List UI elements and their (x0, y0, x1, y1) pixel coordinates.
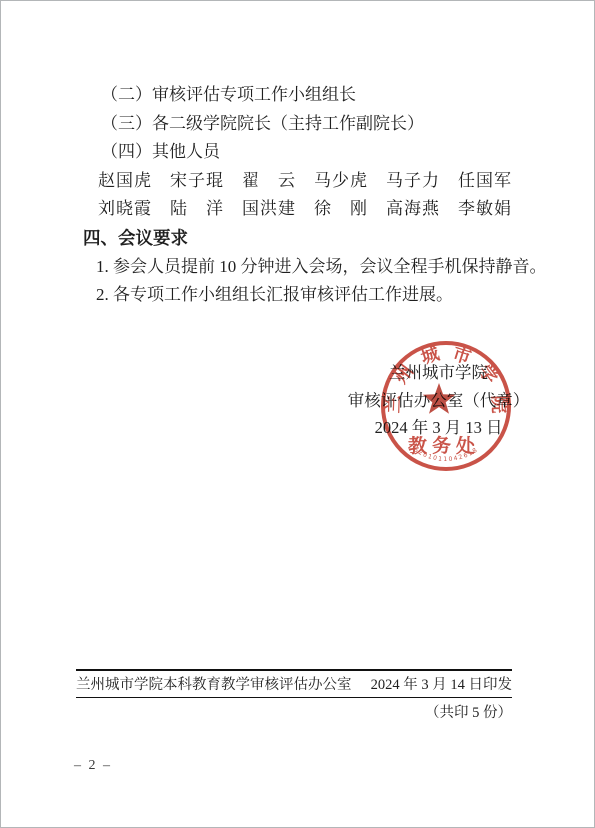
official-seal: 兰州城市学院 教务处 6201011042618 (378, 338, 514, 474)
list-item-3: （三）各二级学院院长（主持工作副院长） (76, 110, 539, 139)
seal-ring-text: 兰州城市学院 (382, 342, 511, 413)
requirement-item-2: 2. 各专项工作小组组长汇报审核评估工作进展。 (76, 281, 539, 310)
colophon-bottom-rule (76, 697, 512, 698)
colophon-print-date: 2024 年 3 月 14 日印发 (371, 673, 512, 694)
names-row-2: 刘晓霞 陆 洋 国洪建 徐 刚 高海燕 李敏娟 (76, 195, 539, 224)
page-number: – 2 – (74, 758, 112, 774)
svg-text:兰州城市学院: 兰州城市学院 (382, 342, 511, 413)
document-page: （二）审核评估专项工作小组组长 （三）各二级学院院长（主持工作副院长） （四）其… (0, 0, 595, 828)
document-body: （二）审核评估专项工作小组组长 （三）各二级学院院长（主持工作副院长） （四）其… (76, 81, 539, 310)
colophon-issuer: 兰州城市学院本科教育教学审核评估办公室 (76, 673, 352, 694)
requirement-item-1: 1. 参会人员提前 10 分钟进入会场，会议全程手机保持静音。 (76, 253, 539, 282)
list-item-2: （二）审核评估专项工作小组组长 (76, 81, 539, 110)
colophon-copies: （共印 5 份） (76, 701, 512, 722)
section-heading: 四、会议要求 (76, 224, 539, 253)
colophon: 兰州城市学院本科教育教学审核评估办公室 2024 年 3 月 14 日印发 （共… (76, 669, 512, 722)
names-row-1: 赵国虎 宋子琨 翟 云 马少虎 马子力 任国军 (76, 167, 539, 196)
seal-star-icon (423, 383, 455, 414)
list-item-4: （四）其他人员 (76, 138, 539, 167)
